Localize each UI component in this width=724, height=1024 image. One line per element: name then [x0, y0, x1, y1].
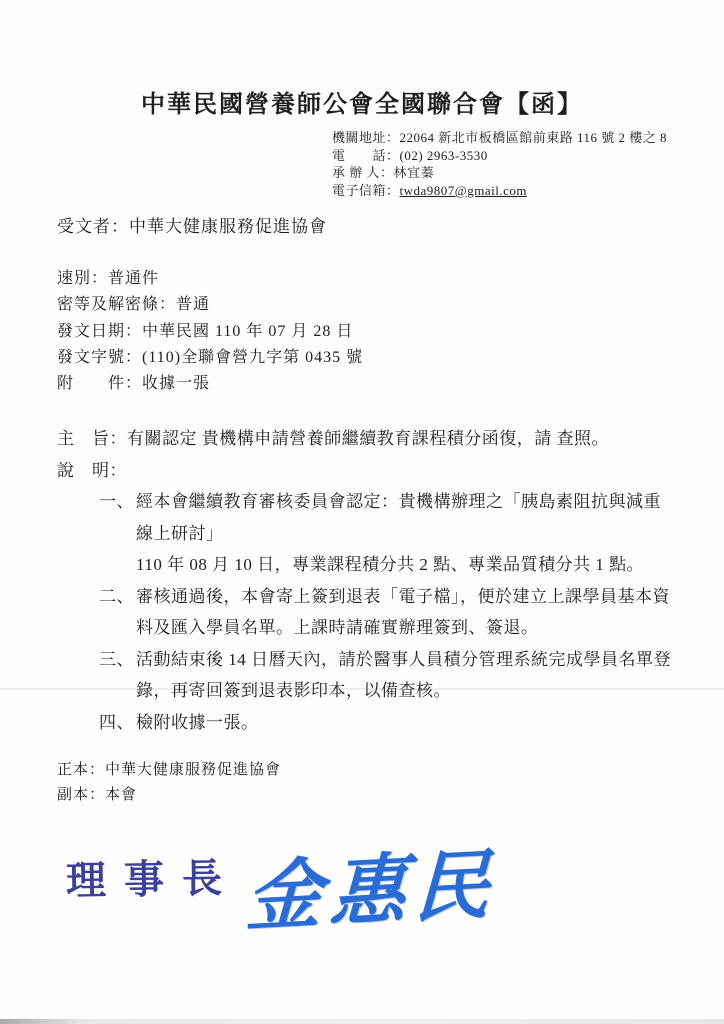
sender-phone-label: 電 話：: [332, 148, 400, 163]
sender-email-value: twda9807@gmail.com: [400, 183, 527, 198]
subject-value: 有關認定 貴機構申請營養師繼續教育課程積分函復，請 查照。: [127, 429, 609, 448]
list-item-3-number: 三、: [99, 644, 136, 676]
subject-block: 主 旨：有關認定 貴機構申請營養師繼續教育課程積分函復，請 查照。 說 明：: [57, 423, 609, 486]
meta-attachment-line: 附 件：收據一張: [57, 371, 363, 397]
list-item-2-line-2: 料及匯入學員名單。上課時請確實辦理簽到、簽退。: [136, 612, 670, 644]
meta-attachment-label: 附 件：: [57, 375, 142, 392]
list-item-3: 三、 活動結束後 14 日曆天內，請於醫事人員積分管理系統完成學員名單登 錄，再…: [99, 644, 671, 707]
scanned-letter-page: 中華民國營養師公會全國聯合會【函】 機關地址：22064 新北市板橋區館前東路 …: [0, 0, 724, 1024]
sender-contact-line: 承 辦 人：林宜蓁: [332, 164, 667, 182]
carbon-copy-label: 副本：: [57, 787, 105, 803]
sender-email-label: 電子信箱：: [332, 183, 400, 198]
meta-date-label: 發文日期：: [57, 323, 142, 340]
list-item-3-line-2: 錄，再寄回簽到退表影印本，以備查核。: [136, 675, 671, 707]
subject-line: 主 旨：有關認定 貴機構申請營養師繼續教育課程積分函復，請 查照。: [57, 423, 609, 455]
list-item-2-number: 二、: [99, 581, 136, 613]
explanation-items: 一、 經本會繼續教育審核委員會認定：貴機構辦理之「胰島素阻抗與減重 線上研討」 …: [99, 486, 671, 738]
sender-address-label: 機關地址：: [332, 130, 400, 145]
meta-priority-line: 速別：普通件: [57, 266, 363, 292]
explanation-label: 說 明：: [57, 455, 609, 487]
meta-security-value: 普通: [176, 296, 210, 313]
list-item-2-text: 審核通過後，本會寄上簽到退表「電子檔」，便於建立上課學員基本資 料及匯入學員名單…: [136, 581, 670, 644]
signature-block: 理事長 金惠民: [66, 830, 498, 939]
recipient-line: 受文者：中華大健康服務促進協會: [57, 212, 327, 237]
list-item-4: 四、 檢附收據一張。: [99, 707, 671, 739]
original-copy-line: 正本：中華大健康服務促進協會: [57, 758, 281, 783]
document-title: 中華民國營養師公會全國聯合會【函】: [0, 84, 724, 119]
meta-docnumber-label: 發文字號：: [57, 349, 142, 366]
meta-security-label: 密等及解密條：: [57, 296, 176, 313]
list-item-1-text: 經本會繼續教育審核委員會認定：貴機構辦理之「胰島素阻抗與減重 線上研討」 110…: [136, 486, 661, 581]
sender-phone-line: 電 話：(02) 2963-3530: [332, 147, 667, 165]
recipient-value: 中華大健康服務促進協會: [129, 217, 327, 236]
list-item-1-line-1: 經本會繼續教育審核委員會認定：貴機構辦理之「胰島素阻抗與減重: [136, 486, 661, 518]
copies-block: 正本：中華大健康服務促進協會 副本：本會: [57, 758, 281, 808]
list-item-3-text: 活動結束後 14 日曆天內，請於醫事人員積分管理系統完成學員名單登 錄，再寄回簽…: [136, 644, 671, 707]
list-item-2-line-1: 審核通過後，本會寄上簽到退表「電子檔」，便於建立上課學員基本資: [136, 581, 670, 613]
carbon-copy-line: 副本：本會: [57, 783, 281, 808]
meta-docnumber-line: 發文字號：(110)全聯會營九字第 0435 號: [57, 345, 363, 371]
meta-priority-label: 速別：: [57, 270, 108, 287]
sender-address-line: 機關地址：22064 新北市板橋區館前東路 116 號 2 樓之 8: [332, 129, 667, 147]
recipient-label: 受文者：: [57, 217, 129, 236]
list-item-3-line-1: 活動結束後 14 日曆天內，請於醫事人員積分管理系統完成學員名單登: [136, 644, 671, 676]
signature-title: 理事長: [66, 846, 241, 906]
sender-contact-label: 承 辦 人：: [332, 165, 394, 180]
original-copy-label: 正本：: [57, 762, 105, 778]
list-item-2: 二、 審核通過後，本會寄上簽到退表「電子檔」，便於建立上課學員基本資 料及匯入學…: [99, 581, 671, 644]
list-item-1-line-2: 線上研討」: [136, 518, 661, 550]
carbon-copy-value: 本會: [105, 787, 137, 803]
list-item-1: 一、 經本會繼續教育審核委員會認定：貴機構辦理之「胰島素阻抗與減重 線上研討」 …: [99, 486, 671, 581]
list-item-4-text: 檢附收據一張。: [136, 707, 259, 739]
scan-artifact-line: [0, 688, 724, 690]
meta-date-value: 中華民國 110 年 07 月 28 日: [142, 323, 353, 340]
sender-phone-value: (02) 2963-3530: [400, 148, 488, 163]
meta-attachment-value: 收據一張: [142, 375, 210, 392]
list-item-4-line-1: 檢附收據一張。: [136, 707, 259, 739]
sender-address-value: 22064 新北市板橋區館前東路 116 號 2 樓之 8: [400, 130, 668, 145]
subject-label: 主 旨：: [57, 429, 127, 448]
sender-contact-value: 林宜蓁: [394, 165, 435, 180]
sender-email-line: 電子信箱：twda9807@gmail.com: [332, 182, 667, 200]
list-item-4-number: 四、: [99, 707, 136, 739]
meta-block: 速別：普通件 密等及解密條：普通 發文日期：中華民國 110 年 07 月 28…: [57, 266, 363, 397]
meta-docnumber-value: (110)全聯會營九字第 0435 號: [142, 349, 363, 366]
meta-date-line: 發文日期：中華民國 110 年 07 月 28 日: [57, 319, 363, 345]
meta-security-line: 密等及解密條：普通: [57, 292, 363, 318]
list-item-1-number: 一、: [99, 486, 136, 518]
meta-priority-value: 普通件: [108, 270, 159, 287]
signature-name: 金惠民: [244, 823, 499, 946]
list-item-1-line-3: 110 年 08 月 10 日，專業課程積分共 2 點、專業品質積分共 1 點。: [136, 549, 661, 581]
sender-info-block: 機關地址：22064 新北市板橋區館前東路 116 號 2 樓之 8 電 話：(…: [332, 129, 667, 199]
original-copy-value: 中華大健康服務促進協會: [105, 762, 281, 778]
scan-bottom-edge: [0, 1019, 724, 1024]
